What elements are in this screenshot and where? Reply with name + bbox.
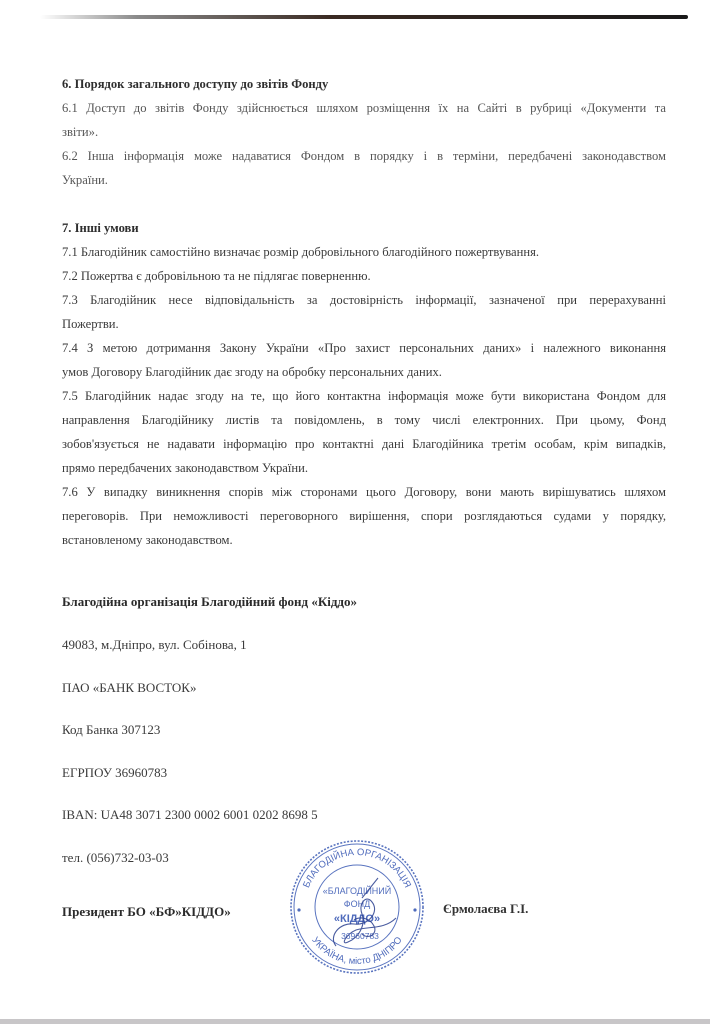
section-6-heading: 6. Порядок загального доступу до звітів … (62, 72, 666, 96)
clause-7-3-line-2: Пожертви. (62, 312, 666, 336)
clause-7-3-line-1: 7.3 Благодійник несе відповідальність за… (62, 288, 666, 312)
bank-name: ПАО «БАНК ВОСТОК» (62, 680, 196, 696)
clause-7-5-line-1: 7.5 Благодійник надає згоду на те, що йо… (62, 384, 666, 408)
clause-6-2-line-2: України. (62, 168, 666, 192)
clause-7-1: 7.1 Благодійник самостійно визначає розм… (62, 240, 666, 264)
iban: IBAN: UA48 3071 2300 0002 6001 0202 8698… (62, 807, 318, 823)
clause-7-6-line-2: переговорів. При неможливості переговорн… (62, 504, 666, 528)
organization-stamp: БЛАГОДІЙНА ОРГАНІЗАЦІЯ УКРАЇНА, місто ДН… (288, 838, 426, 976)
stamp-inner-line-1: «БЛАГОДІЙНИЙ (323, 885, 392, 896)
bank-code: Код Банка 307123 (62, 722, 160, 738)
clause-7-4-line-2: умов Договору Благодійник дає згоду на о… (62, 360, 666, 384)
clause-7-5-line-4: прямо передбачених законодавством Україн… (62, 456, 666, 480)
document-body: 6. Порядок загального доступу до звітів … (62, 72, 666, 552)
edrpou-code: ЕГРПОУ 36960783 (62, 765, 167, 781)
org-address: 49083, м.Дніпро, вул. Собінова, 1 (62, 637, 247, 653)
phone: тел. (056)732-03-03 (62, 850, 169, 866)
stamp-outer-top-text: БЛАГОДІЙНА ОРГАНІЗАЦІЯ (301, 847, 413, 890)
org-name: Благодійна організація Благодійний фонд … (62, 594, 357, 610)
clause-6-2-line-1: 6.2 Інша інформація може надаватися Фонд… (62, 144, 666, 168)
clause-7-5-line-3: зобов'язується не надавати інформацію пр… (62, 432, 666, 456)
clause-7-6-line-3: встановленому законодавством. (62, 528, 666, 552)
clause-7-6-line-1: 7.6 У випадку виникнення спорів між стор… (62, 480, 666, 504)
scan-top-edge (40, 15, 688, 19)
clause-6-1-line-2: звіти». (62, 120, 666, 144)
clause-7-4-line-1: 7.4 З метою дотримання Закону України «П… (62, 336, 666, 360)
section-7-heading: 7. Інші умови (62, 216, 666, 240)
signer-name: Єрмолаєва Г.І. (443, 901, 528, 917)
clause-7-5-line-2: направлення Благодійнику листів та повід… (62, 408, 666, 432)
clause-7-2: 7.2 Пожертва є добровільною та не підляг… (62, 264, 666, 288)
scan-bottom-edge (0, 1019, 710, 1024)
stamp-inner-line-2: ФОНД (344, 899, 370, 909)
clause-6-1-line-1: 6.1 Доступ до звітів Фонду здійснюється … (62, 96, 666, 120)
president-title: Президент БО «БФ»КІДДО» (62, 904, 231, 920)
